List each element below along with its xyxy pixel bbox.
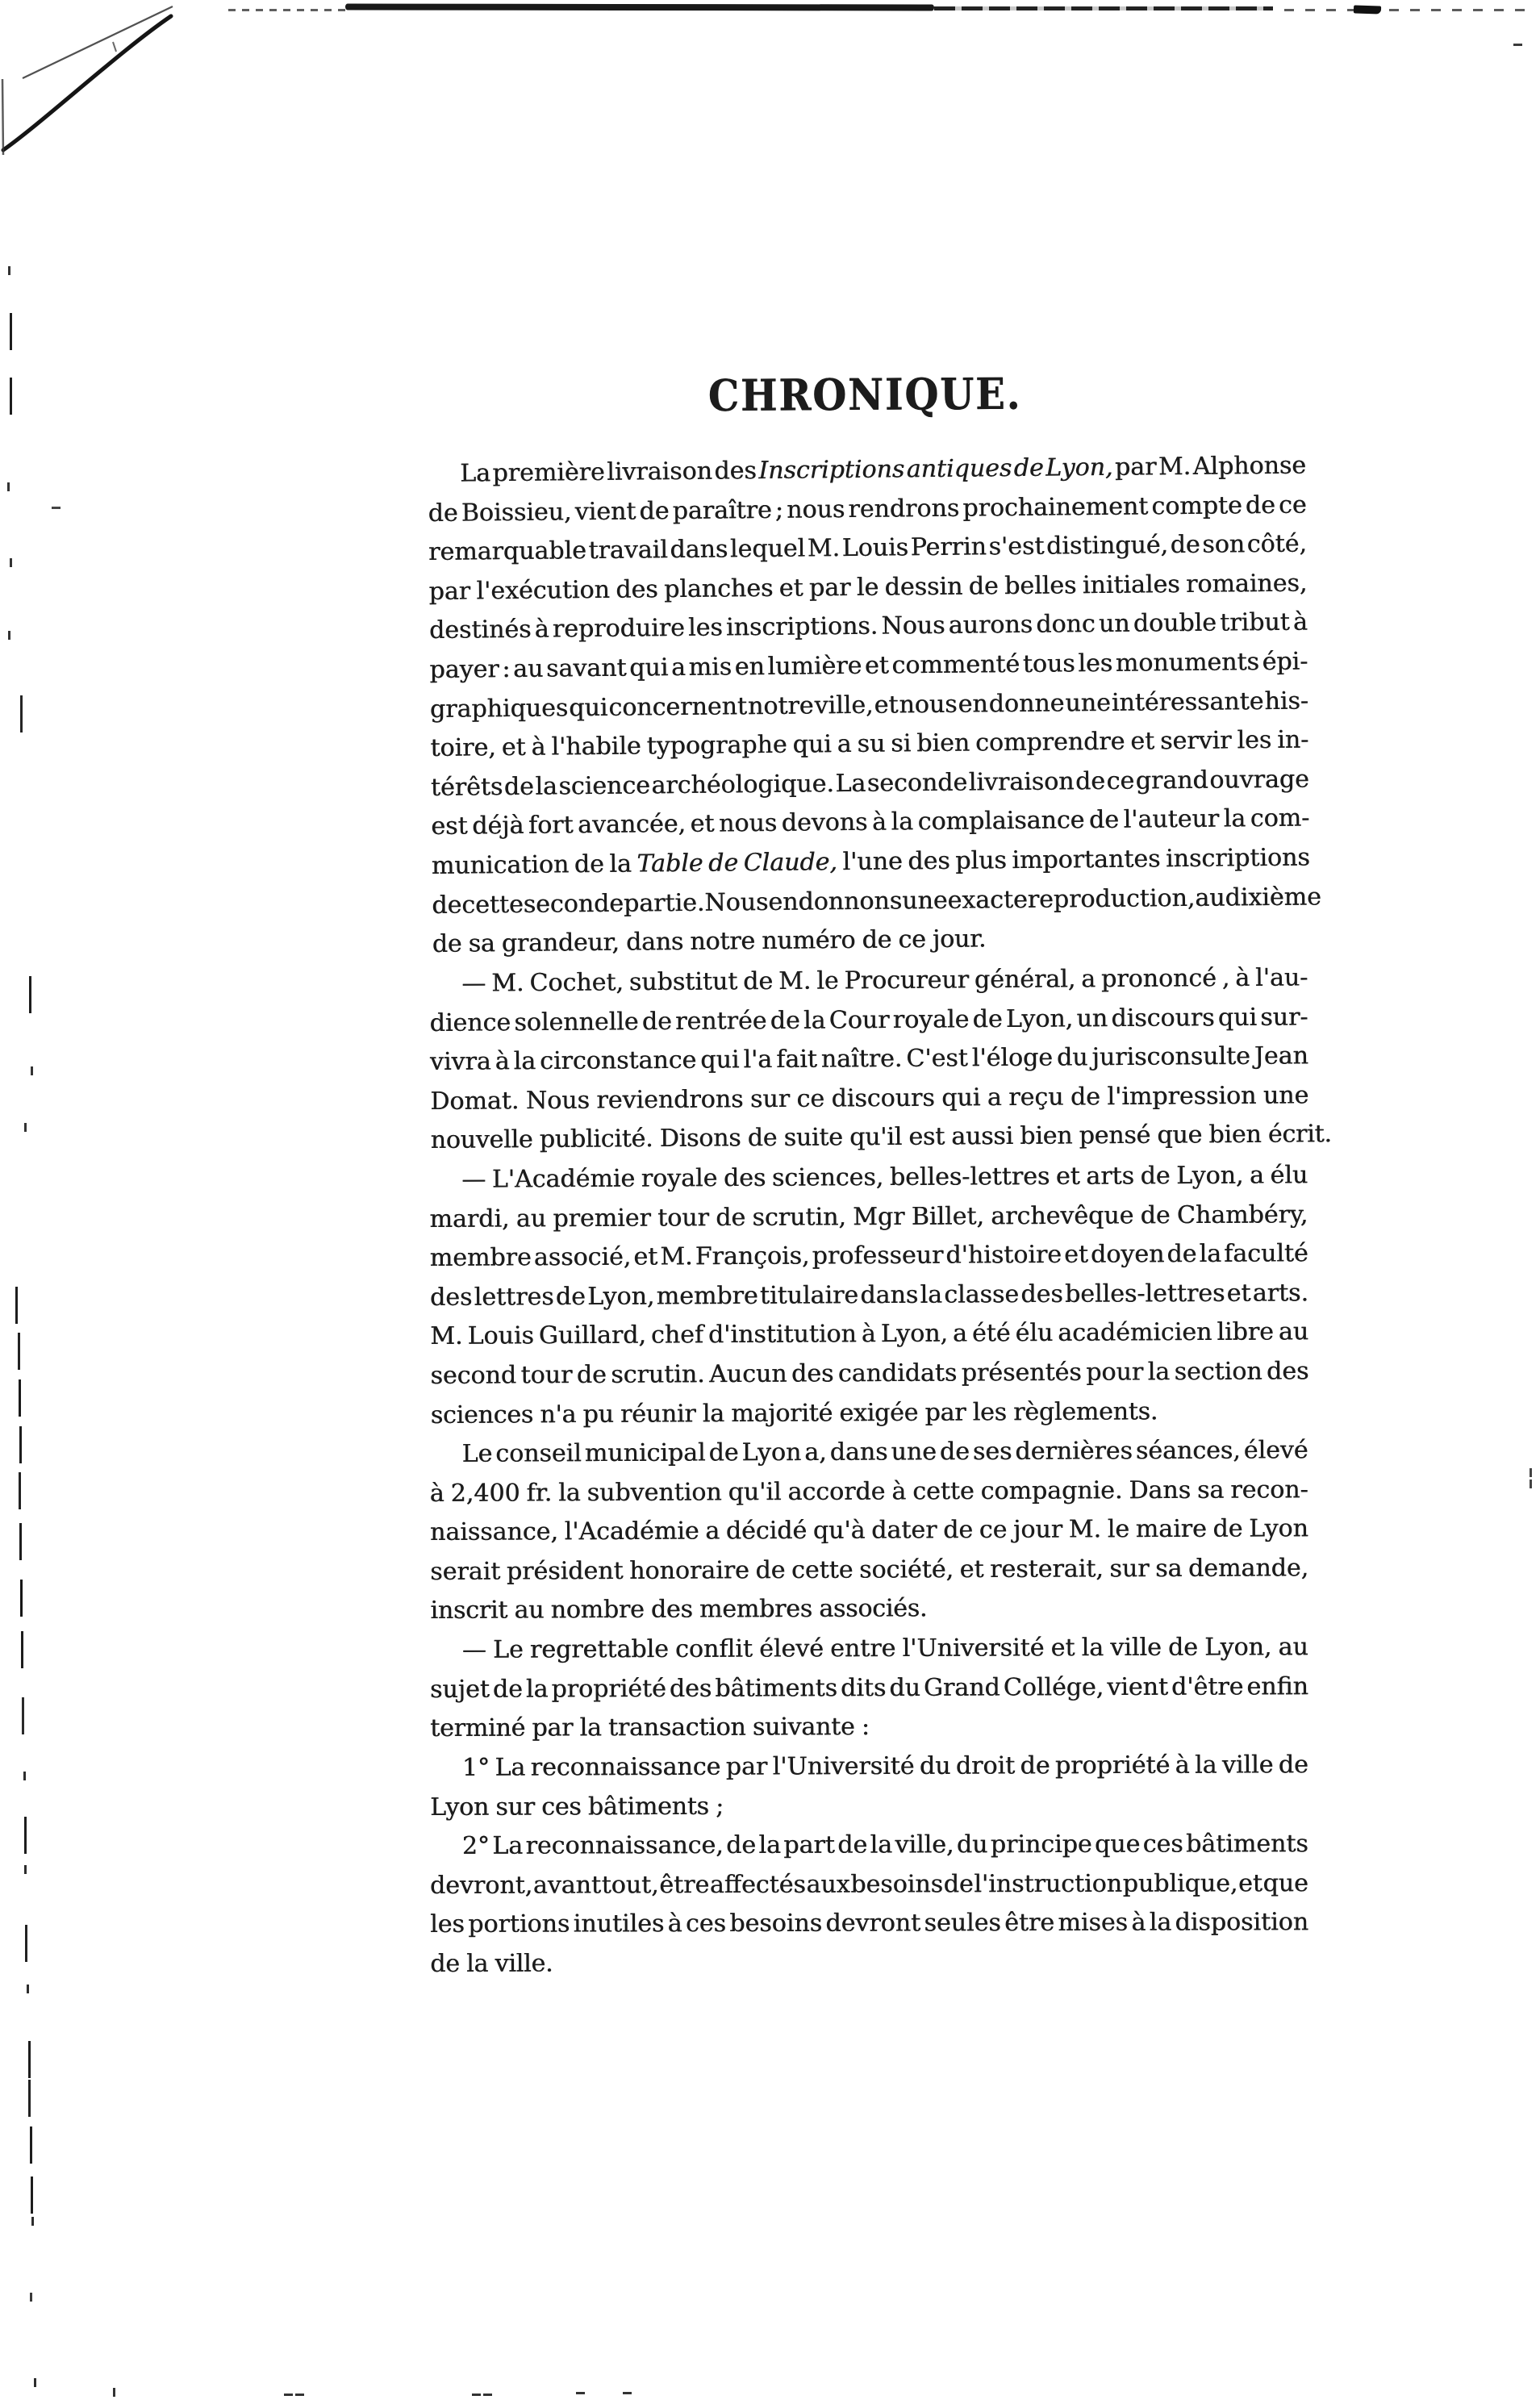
text-line: lesportionsinutilesàcesbesoinsdevrontseu… [430, 1908, 1308, 1949]
paragraph: LeconseilmunicipaldeLyona,dansunedesesde… [429, 1436, 1308, 1636]
text-line: inscrit au nombre des membres associés. [430, 1592, 1308, 1635]
top-edge-segment [934, 6, 1273, 10]
text-line: mardi,aupremiertourdescrutin,MgrBillet,a… [429, 1200, 1308, 1244]
text-line: sciences n'a pu réunir la majorité exigé… [431, 1396, 1309, 1440]
text-line: naissance,l'Académieadécidéqu'àdaterdece… [430, 1514, 1308, 1557]
text-line: —L'Académieroyaledessciences,belles-lett… [429, 1161, 1308, 1204]
top-edge-segment [345, 3, 934, 10]
text-line: —M.Cochet,substitutdeM.leProcureurgénéra… [429, 963, 1308, 1008]
text-line: de la ville. [430, 1947, 1308, 1989]
body-text: LapremièrelivraisondesInscriptionsantiqu… [430, 460, 1308, 1989]
top-edge-segment [228, 9, 348, 11]
page-title: CHRONIQUE. [421, 367, 1308, 423]
text-line: 1°Lareconnaissanceparl'Universitédudroit… [430, 1751, 1308, 1793]
text-line: secondtourdescrutin.Aucundescandidatspré… [430, 1357, 1308, 1400]
document-page: { "document": { "kind": "scanned-book-pa… [0, 0, 1540, 2404]
text-line: membreassocié,etM.François,professeurd'h… [430, 1239, 1308, 1283]
scan-artifact-corner-fold [0, 0, 210, 169]
text-line: —Leregrettableconflitélevéentrel'Univers… [430, 1633, 1308, 1675]
paragraph: 2°Lareconnaissance,delapartdelaville,dup… [430, 1830, 1309, 1989]
text-line: Domat.Nousreviendronssurcediscoursquiare… [430, 1081, 1308, 1126]
text-line: vivraàlacirconstancequil'afaitnaître.C'e… [430, 1041, 1308, 1087]
text-line: diencesolennellederentréedelaCourroyaled… [429, 1003, 1308, 1048]
text-line: LeconseilmunicipaldeLyona,dansunedesesde… [429, 1436, 1308, 1479]
paragraph: —Leregrettableconflitélevéentrel'Univers… [430, 1633, 1309, 1754]
paragraph: —L'Académieroyaledessciences,belles-lett… [429, 1161, 1309, 1440]
page-text-block: CHRONIQUE. LapremièrelivraisondesInscrip… [430, 373, 1308, 1989]
text-line: sujetdelapropriétédesbâtimentsditsduGran… [430, 1672, 1308, 1714]
text-line: Lyon sur ces bâtiments ; [430, 1789, 1308, 1831]
text-line: à2,400fr.lasubventionqu'ilaccordeàcettec… [430, 1475, 1308, 1518]
top-edge-blot [1354, 5, 1381, 14]
text-line: 2°Lareconnaissance,delapartdelaville,dup… [430, 1830, 1308, 1871]
paragraph: 1°Lareconnaissanceparl'Universitédudroit… [430, 1751, 1308, 1832]
text-line: nouvelle publicité. Disons de suite qu'i… [431, 1120, 1309, 1165]
text-line: seraitprésidenthonorairedecettesociété,e… [430, 1554, 1308, 1596]
text-line: terminé par la transaction suivante : [430, 1711, 1308, 1753]
text-line: deslettresdeLyon,membretitulairedanslacl… [430, 1279, 1308, 1322]
top-edge-segment [1284, 9, 1526, 11]
paragraph: LapremièrelivraisondesInscriptionsantiqu… [428, 452, 1311, 970]
text-line: devront,avanttout,êtreaffectésauxbesoins… [430, 1869, 1308, 1910]
text-line: de sa grandeur, dans notre numéro de ce … [432, 922, 1311, 970]
paragraph: —M.Cochet,substitutdeM.leProcureurgénéra… [429, 963, 1309, 1166]
text-line: M.LouisGuillard,chefd'institutionàLyon,a… [430, 1317, 1308, 1361]
